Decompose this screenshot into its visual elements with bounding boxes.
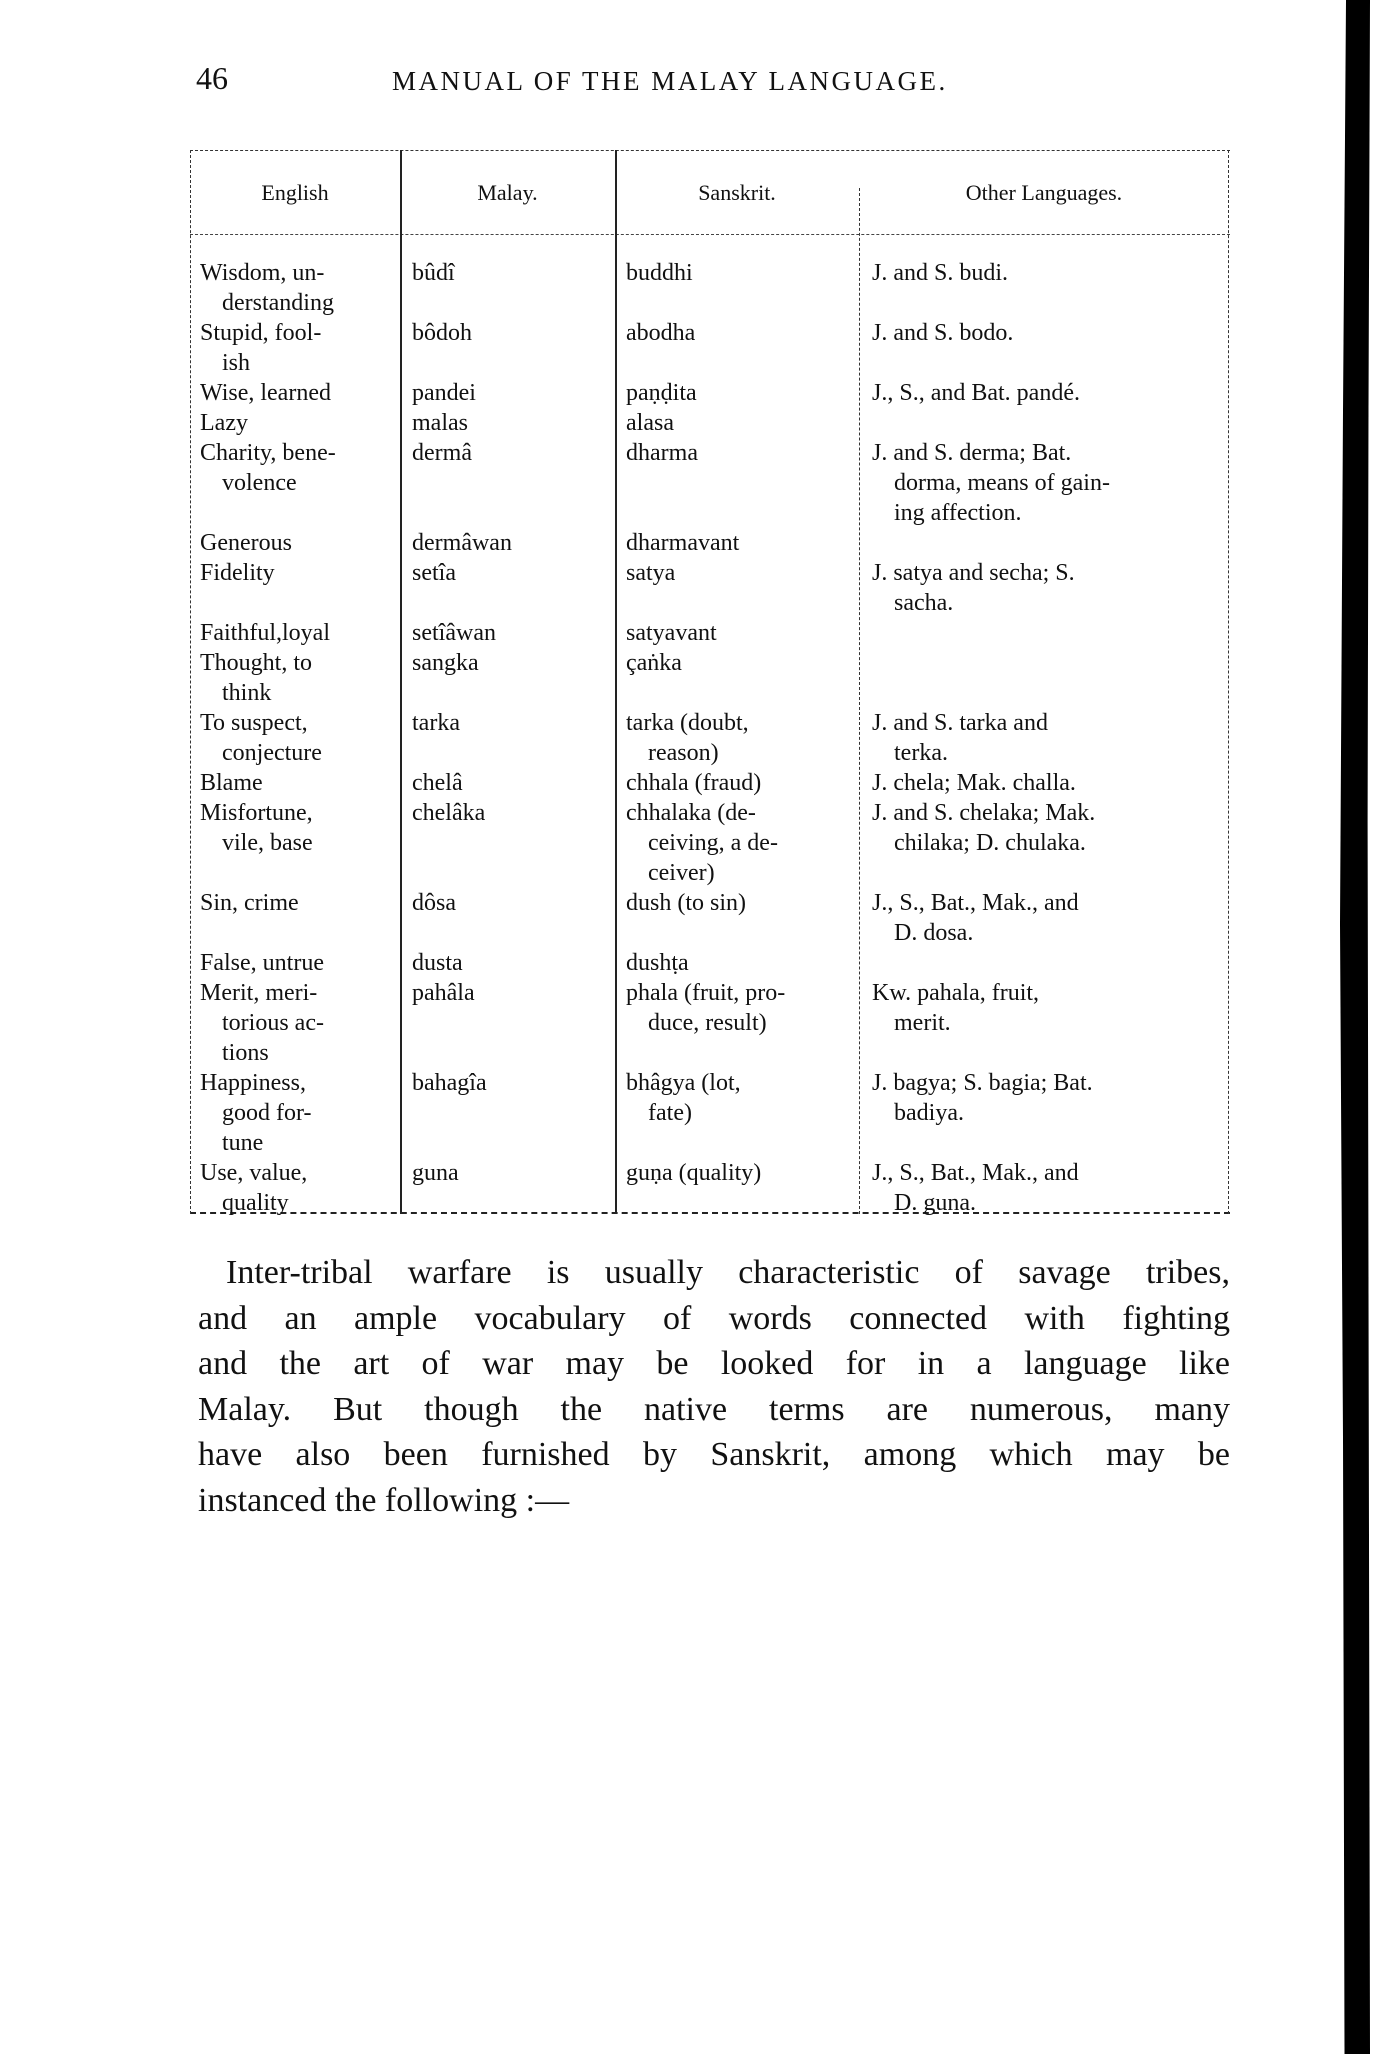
cell-line: paṇḍita bbox=[626, 378, 856, 408]
cell-malay: dôsa bbox=[412, 888, 612, 918]
paragraph-line: and the art of war may be looked for in … bbox=[198, 1341, 1230, 1387]
cell-line: Use, value, bbox=[200, 1158, 400, 1188]
cell-line: çaṅka bbox=[626, 648, 856, 678]
cell-line: dush (to sin) bbox=[626, 888, 856, 918]
cell-line: Generous bbox=[200, 528, 400, 558]
cell-sanskrit: tarka (doubt,reason) bbox=[626, 708, 856, 768]
paragraph-line: instanced the following :— bbox=[198, 1478, 1230, 1524]
table-left-rule bbox=[190, 150, 191, 1214]
paragraph-line: and an ample vocabulary of words connect… bbox=[198, 1296, 1230, 1342]
cell-line: tions bbox=[200, 1038, 400, 1068]
cell-english: Faithful,loyal bbox=[200, 618, 400, 648]
running-title: MANUAL OF THE MALAY LANGUAGE. bbox=[392, 66, 948, 97]
cell-line: setîâwan bbox=[412, 618, 612, 648]
cell-english: Charity, bene-volence bbox=[200, 438, 400, 498]
cell-line: Fidelity bbox=[200, 558, 400, 588]
cell-sanskrit: abodha bbox=[626, 318, 856, 348]
cell-english: Use, value,quality bbox=[200, 1158, 400, 1218]
cell-line: J., S., Bat., Mak., and bbox=[872, 888, 1222, 918]
cell-line: terka. bbox=[872, 738, 1222, 768]
column-divider-2 bbox=[615, 150, 617, 1214]
column-header-other-languages: Other Languages. bbox=[859, 180, 1229, 206]
cell-english: Merit, meri-torious ac-tions bbox=[200, 978, 400, 1068]
paragraph-line: Malay. But though the native terms are n… bbox=[198, 1387, 1230, 1433]
cell-line: Lazy bbox=[200, 408, 400, 438]
cell-line: tarka (doubt, bbox=[626, 708, 856, 738]
cell-line: sacha. bbox=[872, 588, 1222, 618]
cell-line: setîa bbox=[412, 558, 612, 588]
cell-line: Wisdom, un- bbox=[200, 258, 400, 288]
cell-english: Happiness,good for-tune bbox=[200, 1068, 400, 1158]
cell-line: Charity, bene- bbox=[200, 438, 400, 468]
cell-line: J., S., Bat., Mak., and bbox=[872, 1158, 1222, 1188]
cell-malay: chelâka bbox=[412, 798, 612, 828]
cell-line: Sin, crime bbox=[200, 888, 400, 918]
cell-line: dushṭa bbox=[626, 948, 856, 978]
cell-malay: pahâla bbox=[412, 978, 612, 1008]
cell-sanskrit: satyavant bbox=[626, 618, 856, 648]
cell-sanskrit: bhâgya (lot,fate) bbox=[626, 1068, 856, 1128]
cell-malay: bûdî bbox=[412, 258, 612, 288]
cell-english: Lazy bbox=[200, 408, 400, 438]
cell-english: Fidelity bbox=[200, 558, 400, 588]
cell-line: pandei bbox=[412, 378, 612, 408]
cell-line: ceiving, a de- bbox=[626, 828, 856, 858]
cell-sanskrit: dharmavant bbox=[626, 528, 856, 558]
cell-line: sangka bbox=[412, 648, 612, 678]
cell-other: J. and S. bodo. bbox=[872, 318, 1222, 348]
cell-line: think bbox=[200, 678, 400, 708]
cell-line: dorma, means of gain- bbox=[872, 468, 1222, 498]
cell-other: J., S., Bat., Mak., andD. dosa. bbox=[872, 888, 1222, 948]
cell-sanskrit: guṇa (quality) bbox=[626, 1158, 856, 1188]
table-top-rule bbox=[190, 150, 1230, 151]
cell-line: chelâ bbox=[412, 768, 612, 798]
cell-line: phala (fruit, pro- bbox=[626, 978, 856, 1008]
cell-line: guṇa (quality) bbox=[626, 1158, 856, 1188]
cell-sanskrit: chhala (fraud) bbox=[626, 768, 856, 798]
cell-line: J. bagya; S. bagia; Bat. bbox=[872, 1068, 1222, 1098]
cell-other: J. satya and secha; S.sacha. bbox=[872, 558, 1222, 618]
cell-malay: bôdoh bbox=[412, 318, 612, 348]
cell-line: vile, base bbox=[200, 828, 400, 858]
cell-line: bôdoh bbox=[412, 318, 612, 348]
cell-sanskrit: paṇḍita bbox=[626, 378, 856, 408]
cell-malay: tarka bbox=[412, 708, 612, 738]
cell-other: J. and S. chelaka; Mak.chilaka; D. chula… bbox=[872, 798, 1222, 858]
cell-line: J. satya and secha; S. bbox=[872, 558, 1222, 588]
cell-english: Generous bbox=[200, 528, 400, 558]
cell-sanskrit: çaṅka bbox=[626, 648, 856, 678]
cell-line: quality bbox=[200, 1188, 400, 1218]
cell-line: alasa bbox=[626, 408, 856, 438]
cell-line: bhâgya (lot, bbox=[626, 1068, 856, 1098]
cell-sanskrit: chhalaka (de-ceiving, a de-ceiver) bbox=[626, 798, 856, 888]
cell-line: chelâka bbox=[412, 798, 612, 828]
cell-english: To suspect,conjecture bbox=[200, 708, 400, 768]
cell-line: torious ac- bbox=[200, 1008, 400, 1038]
cell-line: Thought, to bbox=[200, 648, 400, 678]
cell-sanskrit: dharma bbox=[626, 438, 856, 468]
cell-line: Faithful,loyal bbox=[200, 618, 400, 648]
cell-line: reason) bbox=[626, 738, 856, 768]
cell-line: To suspect, bbox=[200, 708, 400, 738]
cell-line: J. and S. bodo. bbox=[872, 318, 1222, 348]
cell-sanskrit: satya bbox=[626, 558, 856, 588]
cell-line: volence bbox=[200, 468, 400, 498]
cell-line: Stupid, fool- bbox=[200, 318, 400, 348]
cell-line: Kw. pahala, fruit, bbox=[872, 978, 1222, 1008]
cell-line: J. and S. derma; Bat. bbox=[872, 438, 1222, 468]
paragraph-line: have also been furnished by Sanskrit, am… bbox=[198, 1432, 1230, 1478]
cell-english: Misfortune,vile, base bbox=[200, 798, 400, 858]
cell-line: chhalaka (de- bbox=[626, 798, 856, 828]
cell-line: merit. bbox=[872, 1008, 1222, 1038]
cell-line: dusta bbox=[412, 948, 612, 978]
cell-line: dharmavant bbox=[626, 528, 856, 558]
cell-line: duce, result) bbox=[626, 1008, 856, 1038]
cell-other: J. and S. derma; Bat.dorma, means of gai… bbox=[872, 438, 1222, 528]
cell-line: tarka bbox=[412, 708, 612, 738]
cell-other: J., S., and Bat. pandé. bbox=[872, 378, 1222, 408]
body-paragraph: Inter-tribal warfare is usually characte… bbox=[198, 1250, 1230, 1523]
cell-line: pahâla bbox=[412, 978, 612, 1008]
column-header-english: English bbox=[190, 180, 400, 206]
cell-line: D. dosa. bbox=[872, 918, 1222, 948]
cell-line: dôsa bbox=[412, 888, 612, 918]
cell-line: J. and S. budi. bbox=[872, 258, 1222, 288]
table-right-rule bbox=[1228, 150, 1229, 1214]
cell-line: ing affection. bbox=[872, 498, 1222, 528]
cell-english: Blame bbox=[200, 768, 400, 798]
column-header-malay: Malay. bbox=[400, 180, 615, 206]
cell-line: J. and S. tarka and bbox=[872, 708, 1222, 738]
cell-malay: setîa bbox=[412, 558, 612, 588]
cell-line: J. chela; Mak. challa. bbox=[872, 768, 1222, 798]
cell-sanskrit: dushṭa bbox=[626, 948, 856, 978]
cell-sanskrit: alasa bbox=[626, 408, 856, 438]
cell-line: abodha bbox=[626, 318, 856, 348]
cell-line: satya bbox=[626, 558, 856, 588]
cell-english: Sin, crime bbox=[200, 888, 400, 918]
cell-line: Wise, learned bbox=[200, 378, 400, 408]
cell-line: chhala (fraud) bbox=[626, 768, 856, 798]
cell-line: ish bbox=[200, 348, 400, 378]
cell-other: J., S., Bat., Mak., andD. guna. bbox=[872, 1158, 1222, 1218]
cell-line: dharma bbox=[626, 438, 856, 468]
cell-line: J., S., and Bat. pandé. bbox=[872, 378, 1222, 408]
cell-malay: sangka bbox=[412, 648, 612, 678]
cell-line: fate) bbox=[626, 1098, 856, 1128]
binding-edge-shadow bbox=[1340, 0, 1370, 2054]
cell-line: tune bbox=[200, 1128, 400, 1158]
cell-english: False, untrue bbox=[200, 948, 400, 978]
cell-line: Happiness, bbox=[200, 1068, 400, 1098]
cell-line: good for- bbox=[200, 1098, 400, 1128]
cell-line: bûdî bbox=[412, 258, 612, 288]
cell-line: malas bbox=[412, 408, 612, 438]
cell-line: dermâwan bbox=[412, 528, 612, 558]
page-number: 46 bbox=[196, 60, 228, 97]
cell-malay: dusta bbox=[412, 948, 612, 978]
cell-line: derstanding bbox=[200, 288, 400, 318]
cell-other: J. and S. budi. bbox=[872, 258, 1222, 288]
cell-line: conjecture bbox=[200, 738, 400, 768]
cell-line: guna bbox=[412, 1158, 612, 1188]
cell-english: Stupid, fool-ish bbox=[200, 318, 400, 378]
cell-sanskrit: buddhi bbox=[626, 258, 856, 288]
cell-other: J. bagya; S. bagia; Bat.badiya. bbox=[872, 1068, 1222, 1128]
cell-malay: setîâwan bbox=[412, 618, 612, 648]
cell-line: satyavant bbox=[626, 618, 856, 648]
cell-malay: dermâwan bbox=[412, 528, 612, 558]
cell-malay: guna bbox=[412, 1158, 612, 1188]
cell-english: Wisdom, un-derstanding bbox=[200, 258, 400, 318]
cell-other: J. and S. tarka andterka. bbox=[872, 708, 1222, 768]
cell-line: Misfortune, bbox=[200, 798, 400, 828]
cell-line: dermâ bbox=[412, 438, 612, 468]
cell-english: Wise, learned bbox=[200, 378, 400, 408]
cell-sanskrit: phala (fruit, pro-duce, result) bbox=[626, 978, 856, 1038]
cell-malay: chelâ bbox=[412, 768, 612, 798]
cell-line: Merit, meri- bbox=[200, 978, 400, 1008]
cell-malay: pandei bbox=[412, 378, 612, 408]
cell-malay: malas bbox=[412, 408, 612, 438]
cell-line: J. and S. chelaka; Mak. bbox=[872, 798, 1222, 828]
cell-malay: bahagîa bbox=[412, 1068, 612, 1098]
paragraph-line: Inter-tribal warfare is usually characte… bbox=[198, 1250, 1230, 1296]
cell-malay: dermâ bbox=[412, 438, 612, 468]
column-header-sanskrit: Sanskrit. bbox=[615, 180, 859, 206]
cell-other: J. chela; Mak. challa. bbox=[872, 768, 1222, 798]
cell-line: badiya. bbox=[872, 1098, 1222, 1128]
cell-english: Thought, tothink bbox=[200, 648, 400, 708]
cell-line: D. guna. bbox=[872, 1188, 1222, 1218]
column-divider-1 bbox=[400, 150, 402, 1214]
cell-line: ceiver) bbox=[626, 858, 856, 888]
cell-sanskrit: dush (to sin) bbox=[626, 888, 856, 918]
cell-line: Blame bbox=[200, 768, 400, 798]
cell-line: chilaka; D. chulaka. bbox=[872, 828, 1222, 858]
table-header-rule bbox=[190, 234, 1230, 235]
cell-line: False, untrue bbox=[200, 948, 400, 978]
column-divider-3 bbox=[859, 188, 860, 1214]
cell-line: bahagîa bbox=[412, 1068, 612, 1098]
cell-line: buddhi bbox=[626, 258, 856, 288]
vocabulary-table: English Malay. Sanskrit. Other Languages… bbox=[190, 150, 1230, 1214]
cell-other: Kw. pahala, fruit,merit. bbox=[872, 978, 1222, 1038]
